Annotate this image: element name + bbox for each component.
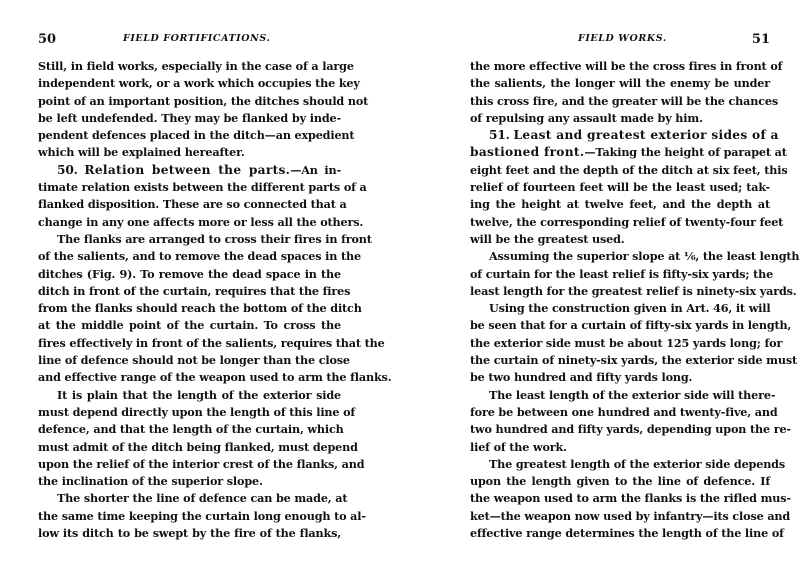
line-text: defence, and that the length of the curt… xyxy=(38,422,344,436)
body-text: the more effective will be the cross fir… xyxy=(470,58,770,542)
line-text: the weapon used to arm the flanks is the… xyxy=(470,491,791,505)
text-line: ditch in front of the curtain, requires … xyxy=(38,283,341,300)
text-line: point of an important position, the ditc… xyxy=(38,93,341,110)
text-line: twelve, the corresponding relief of twen… xyxy=(470,214,770,231)
line-text: pendent defences placed in the ditch—an … xyxy=(38,128,354,142)
text-line: change in any one affects more or less a… xyxy=(38,214,341,231)
text-line: independent work, or a work which occupi… xyxy=(38,75,341,92)
line-text: ket—the weapon now used by infantry—its … xyxy=(470,509,790,523)
running-head: FIELD WORKS. 51 xyxy=(470,32,770,48)
text-line: the same time keeping the curtain long e… xyxy=(38,508,341,525)
text-line: effective range determines the length of… xyxy=(470,525,770,542)
line-text: effective range determines the length of… xyxy=(470,526,784,540)
line-text: The least length of the exterior side wi… xyxy=(489,388,775,402)
line-text: eight feet and the depth of the ditch at… xyxy=(470,163,787,177)
line-text: relief of fourteen feet will be the leas… xyxy=(470,180,770,194)
line-text: timate relation exists between the diffe… xyxy=(38,180,367,194)
text-line: the salients, the longer will the enemy … xyxy=(470,75,770,92)
line-text: be seen that for a curtain of fifty-six … xyxy=(470,318,791,332)
text-line: Assuming the superior slope at ⅙, the le… xyxy=(470,248,770,265)
line-text: point of an important position, the ditc… xyxy=(38,94,368,108)
line-text: The greatest length of the exterior side… xyxy=(489,457,785,471)
text-line: The shorter the line of defence can be m… xyxy=(38,490,341,507)
text-line: two hundred and fifty yards, depending u… xyxy=(470,421,770,438)
text-line: ditches (Fig. 9). To remove the dead spa… xyxy=(38,266,341,283)
text-line: The flanks are arranged to cross their f… xyxy=(38,231,341,248)
text-line: eight feet and the depth of the ditch at… xyxy=(470,162,770,179)
text-line: from the flanks should reach the bottom … xyxy=(38,300,341,317)
running-head-title: FIELD WORKS. xyxy=(578,33,667,44)
section-title: Least and greatest exterior sides of a xyxy=(514,128,779,142)
line-text: the inclination of the superior slope. xyxy=(38,474,263,488)
running-head: 50 FIELD FORTIFICATIONS. xyxy=(38,32,341,48)
text-line: be left undefended. They may be flanked … xyxy=(38,110,341,127)
text-line: at the middle point of the curtain. To c… xyxy=(38,317,341,334)
section-heading-line: 50. Relation between the parts.—An in- xyxy=(38,162,341,179)
text-line: flanked disposition. These are so connec… xyxy=(38,196,341,213)
text-line: the exterior side must be about 125 yard… xyxy=(470,335,770,352)
page-number: 50 xyxy=(38,32,56,47)
line-text: be left undefended. They may be flanked … xyxy=(38,111,341,125)
text-line: lief of the work. xyxy=(470,439,770,456)
line-text: this cross fire, and the greater will be… xyxy=(470,94,778,108)
line-text: independent work, or a work which occupi… xyxy=(38,76,360,90)
line-text: the more effective will be the cross fir… xyxy=(470,59,782,73)
line-text: the salients, the longer will the enemy … xyxy=(470,76,770,90)
text-line: ing the height at twelve feet, and the d… xyxy=(470,196,770,213)
line-text: fires effectively in front of the salien… xyxy=(38,336,385,350)
text-line: line of defence should not be longer tha… xyxy=(38,352,341,369)
line-text: ditch in front of the curtain, requires … xyxy=(38,284,350,298)
body-text: Still, in field works, especially in the… xyxy=(38,58,341,542)
line-text: lief of the work. xyxy=(470,440,567,454)
text-line: must depend directly upon the length of … xyxy=(38,404,341,421)
text-line: It is plain that the length of the exter… xyxy=(38,387,341,404)
text-line: the more effective will be the cross fir… xyxy=(470,58,770,75)
line-text: of repulsing any assault made by him. xyxy=(470,111,703,125)
text-line: the weapon used to arm the flanks is the… xyxy=(470,490,770,507)
running-head-title: FIELD FORTIFICATIONS. xyxy=(123,33,270,44)
line-text: two hundred and fifty yards, depending u… xyxy=(470,422,791,436)
line-text: Still, in field works, especially in the… xyxy=(38,59,354,73)
text-line: fore be between one hundred and twenty-f… xyxy=(470,404,770,421)
text-line: Using the construction given in Art. 46,… xyxy=(470,300,770,317)
text-line: fires effectively in front of the salien… xyxy=(38,335,341,352)
line-text: ditches (Fig. 9). To remove the dead spa… xyxy=(38,267,341,281)
text-line: of the salients, and to remove the dead … xyxy=(38,248,341,265)
line-text: The flanks are arranged to cross their f… xyxy=(57,232,372,246)
line-text: Assuming the superior slope at ⅙, the le… xyxy=(489,249,799,263)
line-text: be two hundred and fifty yards long. xyxy=(470,370,692,384)
text-line: least length for the greatest relief is … xyxy=(470,283,770,300)
right-page: FIELD WORKS. 51 the more effective will … xyxy=(470,0,770,584)
text-line: Still, in field works, especially in the… xyxy=(38,58,341,75)
text-line: be seen that for a curtain of fifty-six … xyxy=(470,317,770,334)
text-line: ket—the weapon now used by infantry—its … xyxy=(470,508,770,525)
line-text: will be the greatest used. xyxy=(470,232,625,246)
text-line: The greatest length of the exterior side… xyxy=(470,456,770,473)
section-title: bastioned front. xyxy=(470,145,584,159)
line-text: must admit of the ditch being flanked, m… xyxy=(38,440,358,454)
section-number: 50. xyxy=(57,163,78,177)
line-text: twelve, the corresponding relief of twen… xyxy=(470,215,783,229)
line-text: change in any one affects more or less a… xyxy=(38,215,363,229)
line-text: upon the relief of the interior crest of… xyxy=(38,457,364,471)
line-text: The shorter the line of defence can be m… xyxy=(57,491,347,505)
line-text: Using the construction given in Art. 46,… xyxy=(489,301,770,315)
line-text: of curtain for the least relief is fifty… xyxy=(470,267,773,281)
text-line: defence, and that the length of the curt… xyxy=(38,421,341,438)
text-line: the inclination of the superior slope. xyxy=(38,473,341,490)
line-text: must depend directly upon the length of … xyxy=(38,405,355,419)
line-text: low its ditch to be swept by the fire of… xyxy=(38,526,341,540)
text-line: which will be explained hereafter. xyxy=(38,144,341,161)
text-line: will be the greatest used. xyxy=(470,231,770,248)
text-line: must admit of the ditch being flanked, m… xyxy=(38,439,341,456)
line-text: the curtain of ninety-six yards, the ext… xyxy=(470,353,797,367)
line-text: which will be explained hereafter. xyxy=(38,145,245,159)
section-number: 51. xyxy=(489,128,510,142)
section-title: Relation between the parts. xyxy=(84,163,290,177)
line-text: It is plain that the length of the exter… xyxy=(57,388,341,402)
section-heading-line: bastioned front.—Taking the height of pa… xyxy=(470,144,770,161)
line-text: flanked disposition. These are so connec… xyxy=(38,197,347,211)
line-text: fore be between one hundred and twenty-f… xyxy=(470,405,778,419)
page-number: 51 xyxy=(752,32,770,47)
text-line: timate relation exists between the diffe… xyxy=(38,179,341,196)
line-text: at the middle point of the curtain. To c… xyxy=(38,318,341,332)
text-line: and effective range of the weapon used t… xyxy=(38,369,341,386)
line-text: from the flanks should reach the bottom … xyxy=(38,301,362,315)
text-line: relief of fourteen feet will be the leas… xyxy=(470,179,770,196)
line-text: ing the height at twelve feet, and the d… xyxy=(470,197,770,211)
text-line: upon the length given to the line of def… xyxy=(470,473,770,490)
text-line: of curtain for the least relief is fifty… xyxy=(470,266,770,283)
line-text: the same time keeping the curtain long e… xyxy=(38,509,366,523)
left-page: 50 FIELD FORTIFICATIONS. Still, in field… xyxy=(38,0,341,584)
text-line: low its ditch to be swept by the fire of… xyxy=(38,525,341,542)
text-line: this cross fire, and the greater will be… xyxy=(470,93,770,110)
text-line: upon the relief of the interior crest of… xyxy=(38,456,341,473)
text-line: The least length of the exterior side wi… xyxy=(470,387,770,404)
text-line: be two hundred and fifty yards long. xyxy=(470,369,770,386)
line-text: least length for the greatest relief is … xyxy=(470,284,797,298)
line-text: the exterior side must be about 125 yard… xyxy=(470,336,782,350)
line-text: upon the length given to the line of def… xyxy=(470,474,770,488)
line-text: —Taking the height of parapet at xyxy=(584,145,786,159)
line-text: line of defence should not be longer tha… xyxy=(38,353,350,367)
section-heading-line: 51. Least and greatest exterior sides of… xyxy=(470,127,770,144)
text-line: of repulsing any assault made by him. xyxy=(470,110,770,127)
text-line: the curtain of ninety-six yards, the ext… xyxy=(470,352,770,369)
text-line: pendent defences placed in the ditch—an … xyxy=(38,127,341,144)
line-text: and effective range of the weapon used t… xyxy=(38,370,391,384)
line-text: of the salients, and to remove the dead … xyxy=(38,249,361,263)
line-text: —An in- xyxy=(290,163,341,177)
